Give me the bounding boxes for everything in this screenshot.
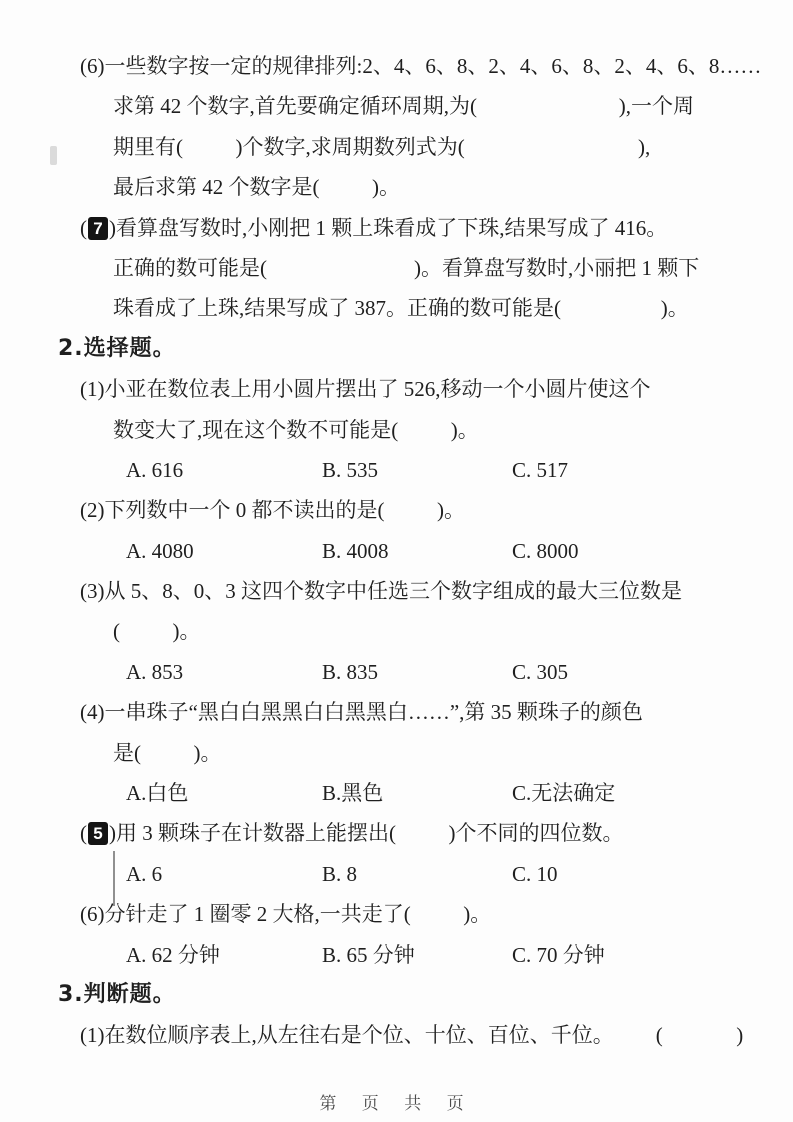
question-text: 一些数字按一定的规律排列:2、4、6、8、2、4、6、8、2、4、6、8…… bbox=[105, 54, 762, 78]
fill-q6-line-3: 期里有( )个数字,求周期数列式为( ), bbox=[0, 133, 793, 173]
question-text: 是( )。 bbox=[113, 741, 222, 765]
option-a: A.白色 bbox=[126, 779, 188, 807]
question-text: 求第 42 个数字,首先要确定循环周期,为( ),一个周 bbox=[113, 94, 694, 118]
question-text: 一串珠子“黑白白黑黑白白黑黑白……”,第 35 颗珠子的颜色 bbox=[105, 700, 643, 724]
option-c: C. 517 bbox=[512, 456, 568, 484]
question-text: 珠看成了上珠,结果写成了 387。正确的数可能是( )。 bbox=[113, 296, 689, 320]
choice-q3-line-1: (3)从 5、8、0、3 这四个数字中任选三个数字组成的最大三位数是 bbox=[0, 577, 793, 617]
question-number: (1) bbox=[80, 377, 105, 401]
choice-q5-line-1: (5)用 3 颗珠子在计数器上能摆出( )个不同的四位数。 bbox=[0, 819, 793, 859]
option-c: C.无法确定 bbox=[512, 779, 615, 807]
fill-q7-line-1: (7)看算盘写数时,小刚把 1 颗上珠看成了下珠,结果写成了 416。 bbox=[0, 214, 793, 254]
question-text: 期里有( )个数字,求周期数列式为( ), bbox=[113, 135, 650, 159]
option-c: C. 70 分钟 bbox=[512, 941, 605, 969]
question-text: 下列数中一个 0 都不读出的是( )。 bbox=[105, 498, 466, 522]
page-footer: 第 页 共 页 bbox=[0, 1089, 793, 1114]
question-text: 从 5、8、0、3 这四个数字中任选三个数字组成的最大三位数是 bbox=[105, 579, 683, 603]
option-b: B. 535 bbox=[322, 456, 378, 484]
boxed-number-7: 7 bbox=[88, 217, 108, 240]
section-title-text: 3.判断题。 bbox=[58, 982, 176, 1007]
question-number: (5) bbox=[80, 821, 116, 845]
boxed-number-5: 5 bbox=[88, 822, 108, 845]
option-a: A. 62 分钟 bbox=[126, 941, 220, 969]
paren-open: ( bbox=[80, 821, 87, 845]
option-b: B.黑色 bbox=[322, 779, 383, 807]
question-number: (7) bbox=[80, 216, 116, 240]
section-2-title: 2.选择题。 bbox=[0, 335, 793, 375]
question-number: (3) bbox=[80, 579, 105, 603]
question-number: (6) bbox=[80, 54, 105, 78]
fill-q7-line-2: 正确的数可能是( )。看算盘写数时,小丽把 1 颗下 bbox=[0, 254, 793, 294]
question-text: 看算盘写数时,小刚把 1 颗上珠看成了下珠,结果写成了 416。 bbox=[116, 216, 667, 240]
question-number: (1) bbox=[80, 1023, 105, 1047]
question-number: (4) bbox=[80, 700, 105, 724]
choice-q1-line-2: 数变大了,现在这个数不可能是( )。 bbox=[0, 416, 793, 456]
choice-q5-options: A. 6B. 8C. 10 bbox=[0, 860, 793, 900]
choice-q4-line-1: (4)一串珠子“黑白白黑黑白白黑黑白……”,第 35 颗珠子的颜色 bbox=[0, 698, 793, 738]
option-a: A. 616 bbox=[126, 456, 183, 484]
option-c: C. 305 bbox=[512, 658, 568, 686]
choice-q1-line-1: (1)小亚在数位表上用小圆片摆出了 526,移动一个小圆片使这个 bbox=[0, 375, 793, 415]
option-c: C. 10 bbox=[512, 860, 558, 888]
choice-q2-options: A. 4080B. 4008C. 8000 bbox=[0, 537, 793, 577]
choice-q6-line-1: (6)分针走了 1 圈零 2 大格,一共走了( )。 bbox=[0, 900, 793, 940]
fill-q7-line-3: 珠看成了上珠,结果写成了 387。正确的数可能是( )。 bbox=[0, 294, 793, 334]
question-text: 用 3 颗珠子在计数器上能摆出( )个不同的四位数。 bbox=[116, 821, 624, 845]
choice-q3-line-2: ( )。 bbox=[0, 617, 793, 657]
worksheet-body: (6)一些数字按一定的规律排列:2、4、6、8、2、4、6、8、2、4、6、8…… bbox=[0, 52, 793, 1062]
choice-q3-options: A. 853B. 835C. 305 bbox=[0, 658, 793, 698]
option-c: C. 8000 bbox=[512, 537, 579, 565]
paren-open: ( bbox=[80, 216, 87, 240]
choice-q6-options: A. 62 分钟B. 65 分钟C. 70 分钟 bbox=[0, 941, 793, 981]
option-a: A. 6 bbox=[126, 860, 162, 888]
question-text: 数变大了,现在这个数不可能是( )。 bbox=[113, 418, 479, 442]
option-b: B. 4008 bbox=[322, 537, 389, 565]
judge-q1-line-1: (1)在数位顺序表上,从左往右是个位、十位、百位、千位。 ( ) bbox=[0, 1021, 793, 1061]
option-b: B. 8 bbox=[322, 860, 357, 888]
scan-artifact-vertical-line bbox=[113, 851, 115, 906]
option-b: B. 65 分钟 bbox=[322, 941, 415, 969]
scan-artifact-smudge bbox=[50, 146, 57, 165]
option-b: B. 835 bbox=[322, 658, 378, 686]
question-text: 分针走了 1 圈零 2 大格,一共走了( )。 bbox=[105, 902, 492, 926]
question-text: 最后求第 42 个数字是( )。 bbox=[113, 175, 400, 199]
question-number: (2) bbox=[80, 498, 105, 522]
question-text: 小亚在数位表上用小圆片摆出了 526,移动一个小圆片使这个 bbox=[105, 377, 651, 401]
paren-close: ) bbox=[109, 821, 116, 845]
question-text: 正确的数可能是( )。看算盘写数时,小丽把 1 颗下 bbox=[113, 256, 699, 280]
fill-q6-line-2: 求第 42 个数字,首先要确定循环周期,为( ),一个周 bbox=[0, 92, 793, 132]
paren-close: ) bbox=[109, 216, 116, 240]
choice-q4-options: A.白色B.黑色C.无法确定 bbox=[0, 779, 793, 819]
section-3-title: 3.判断题。 bbox=[0, 981, 793, 1021]
choice-q1-options: A. 616B. 535C. 517 bbox=[0, 456, 793, 496]
choice-q2-line-1: (2)下列数中一个 0 都不读出的是( )。 bbox=[0, 496, 793, 536]
section-title-text: 2.选择题。 bbox=[58, 336, 176, 361]
choice-q4-line-2: 是( )。 bbox=[0, 739, 793, 779]
option-a: A. 4080 bbox=[126, 537, 194, 565]
fill-q6-line-1: (6)一些数字按一定的规律排列:2、4、6、8、2、4、6、8、2、4、6、8…… bbox=[0, 52, 793, 92]
question-number: (6) bbox=[80, 902, 105, 926]
question-text: ( )。 bbox=[113, 619, 201, 643]
option-a: A. 853 bbox=[126, 658, 183, 686]
fill-q6-line-4: 最后求第 42 个数字是( )。 bbox=[0, 173, 793, 213]
question-text: 在数位顺序表上,从左往右是个位、十位、百位、千位。 ( ) bbox=[105, 1023, 744, 1047]
